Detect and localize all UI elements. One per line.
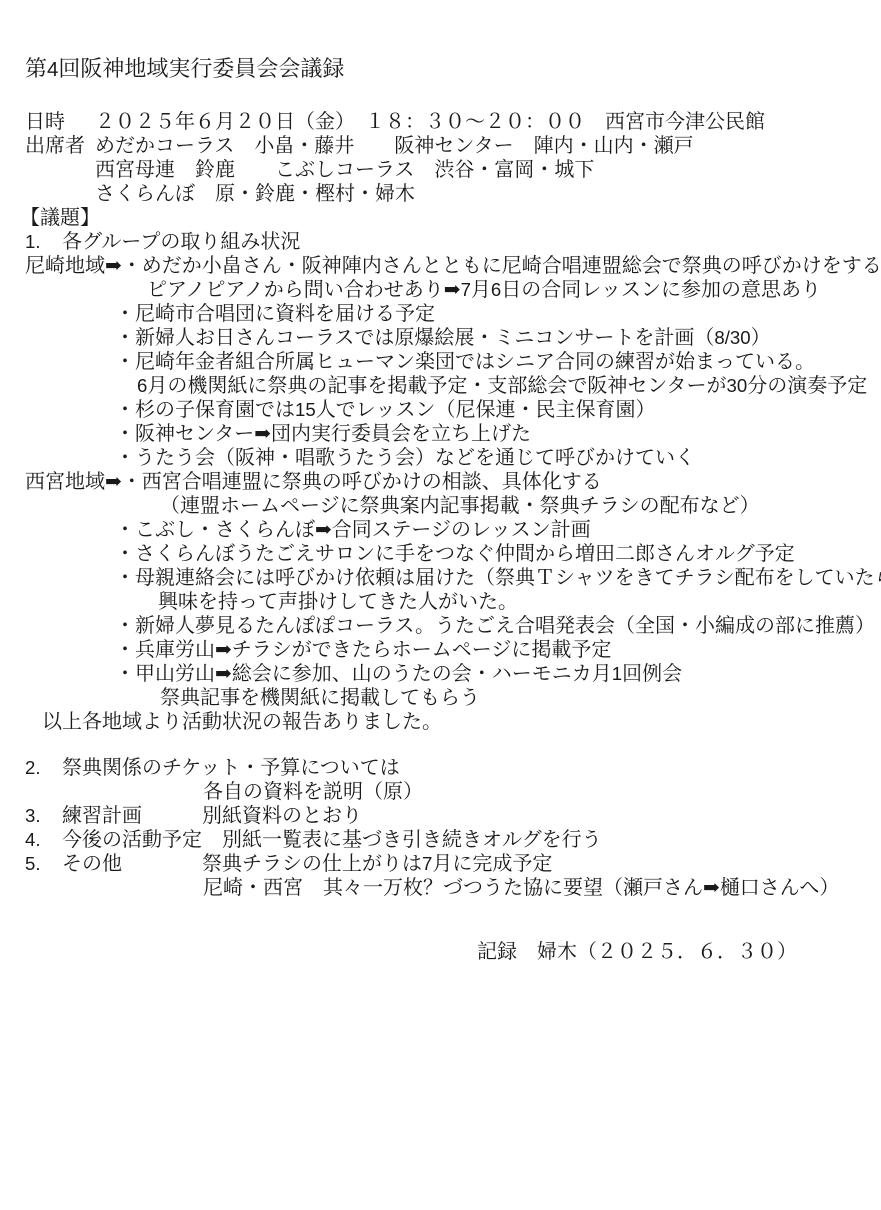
report-line: ・甲山労山➡総会に参加、山のうたの会・ハーモニカ月1回例会 [0,662,881,686]
report-line: 興味を持って声掛けしてきた人がいた。 [0,590,881,614]
report-line: ・兵庫労山➡チラシができたらホームページに掲載予定 [0,638,881,662]
item-2-number: 2. [25,756,62,780]
item-3-text: 練習計画 別紙資料のとおり [62,805,362,827]
report-line: ・阪神センター➡団内実行委員会を立ち上げた [0,422,881,446]
report-line: ・さくらんぼうたごえサロンに手をつなぐ仲間から増田二郎さんオルグ予定 [0,542,881,566]
agenda-heading: 【議題】 [0,206,881,230]
report-line: 祭典記事を機関紙に掲載してもらう [0,686,881,710]
signature-line: 記録 婦木（２０２５．６．３０） [0,940,881,964]
item-1-number: 1. [25,230,62,254]
report-line: ・尼崎市合唱団に資料を届ける予定 [0,302,881,326]
document-title: 第4回阪神地域実行委員会会議録 [0,0,881,82]
report-line-nishinomiya: 西宮地域➡・西宮合唱連盟に祭典の呼びかけの相談、具体化する [0,470,881,494]
item-4-row: 4.今後の活動予定 別紙一覧表に基づき引き続きオルグを行う [0,828,881,852]
item-2-sub: 各自の資料を説明（原） [0,780,881,804]
item-5-sub: 尼崎・西宮 其々一万枚？づつうた協に要望（瀬戸さん➡樋口さんへ） [0,876,881,900]
attendees-value: めだかコーラス 小畠・藤井 阪神センター 陣内・山内・瀬戸 [95,135,694,157]
datetime-label: 日時 [25,110,95,134]
datetime-row: 日時２０２５年６月２０日（金） １８：３０～２０：００ 西宮市今津公民館 [0,110,881,134]
datetime-value: ２０２５年６月２０日（金） １８：３０～２０：００ 西宮市今津公民館 [95,111,765,133]
report-line: ・新婦人お日さんコーラスでは原爆絵展・ミニコンサートを計画（8/30） [0,326,881,350]
report-line-amagasaki: 尼崎地域➡・めだか小畠さん・阪神陣内さんとともに尼崎合唱連盟総会で祭典の呼びかけ… [0,254,881,278]
agenda-items-2-5: 2.祭典関係のチケット・予算については 各自の資料を説明（原） 3.練習計画 別… [0,756,881,900]
item-1-row: 1.各グループの取り組み状況 [0,230,881,254]
item-4-number: 4. [25,828,62,852]
report-line: ・尼崎年金者組合所属ヒューマン楽団ではシニア合同の練習が始まっている。 [0,350,881,374]
attendees-label: 出席者 [25,134,95,158]
report-line: ピアノピアノから問い合わせあり➡7月6日の合同レッスンに参加の意思あり [0,278,881,302]
attendees-continuation: 西宮母連 鈴鹿 こぶしコーラス 渋谷・富岡・城下 [0,158,881,182]
document-page: 第4回阪神地域実行委員会会議録 日時２０２５年６月２０日（金） １８：３０～２０… [0,0,881,1210]
report-line: 6月の機関紙に祭典の記事を掲載予定・支部総会で阪神センターが30分の演奏予定 [0,374,881,398]
item-3-number: 3. [25,804,62,828]
attendees-continuation: さくらんぼ 原・鈴鹿・樫村・婦木 [0,182,881,206]
item-2-row: 2.祭典関係のチケット・予算については [0,756,881,780]
report-line: ・こぶし・さくらんぼ➡合同ステージのレッスン計画 [0,518,881,542]
item-1-title: 各グループの取り組み状況 [62,231,300,253]
report-line: （連盟ホームページに祭典案内記事掲載・祭典チラシの配布など） [0,494,881,518]
meta-block: 日時２０２５年６月２０日（金） １８：３０～２０：００ 西宮市今津公民館 出席者… [0,110,881,206]
report-line: ・うたう会（阪神・唱歌うたう会）などを通じて呼びかけていく [0,446,881,470]
item-1-closing: 以上各地域より活動状況の報告ありました。 [0,710,881,734]
attendees-row: 出席者めだかコーラス 小畠・藤井 阪神センター 陣内・山内・瀬戸 [0,134,881,158]
item-4-text: 今後の活動予定 別紙一覧表に基づき引き続きオルグを行う [62,829,602,851]
item-3-row: 3.練習計画 別紙資料のとおり [0,804,881,828]
report-line: ・母親連絡会には呼びかけ依頼は届けた（祭典Ｔシャツをきてチラシ配布をしていたら [0,566,881,590]
item-5-text: その他 祭典チラシの仕上がりは7月に完成予定 [62,853,552,875]
item-5-number: 5. [25,852,62,876]
report-line: ・新婦人夢見るたんぽぽコーラス。うたごえ合唱発表会（全国・小編成の部に推薦） [0,614,881,638]
item-5-row: 5.その他 祭典チラシの仕上がりは7月に完成予定 [0,852,881,876]
report-line: ・杉の子保育園では15人でレッスン（尼保連・民主保育園） [0,398,881,422]
item-2-text: 祭典関係のチケット・予算については [62,757,400,779]
agenda-item-1: 1.各グループの取り組み状況 尼崎地域➡・めだか小畠さん・阪神陣内さんとともに尼… [0,230,881,734]
